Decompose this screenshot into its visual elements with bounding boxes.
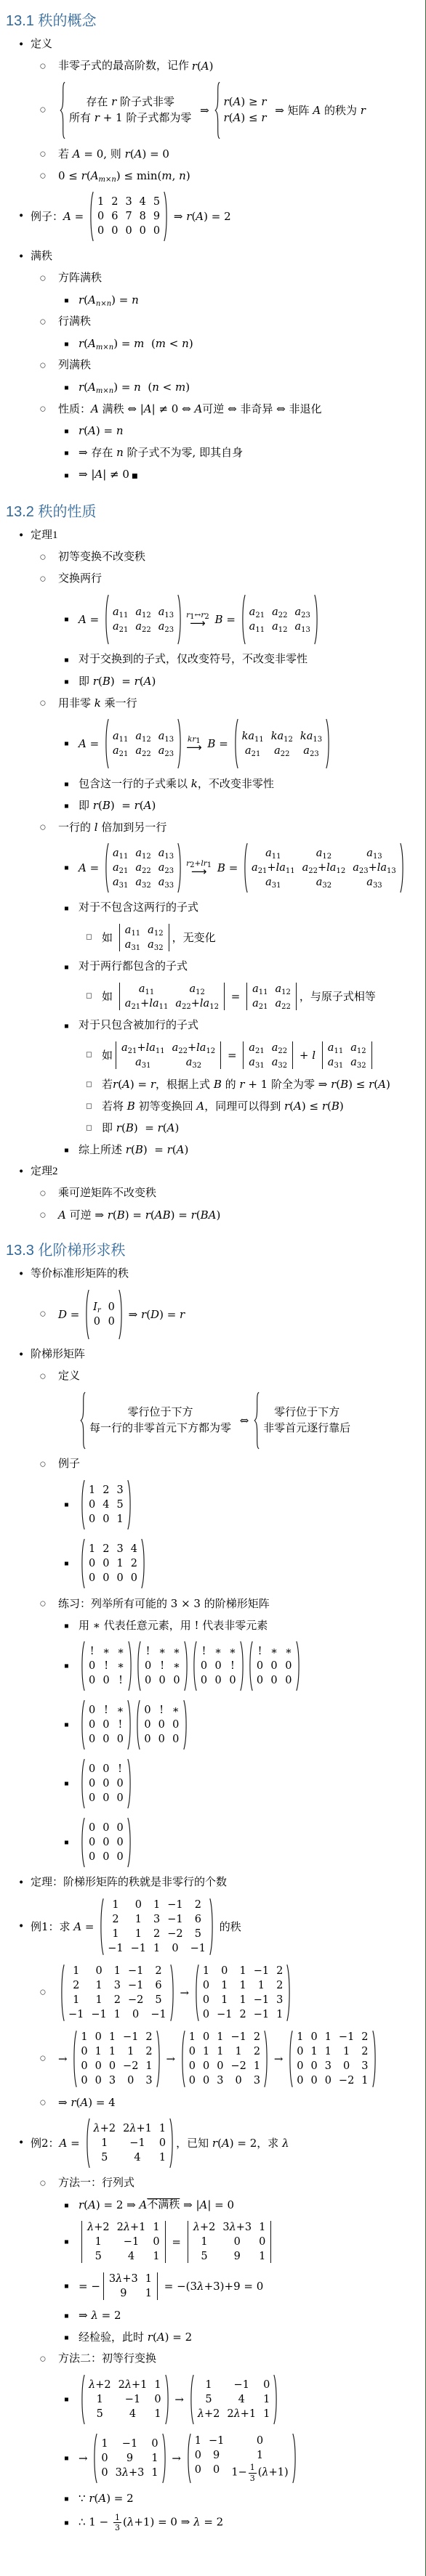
math-var: D — [58, 1308, 67, 1321]
list-item: ○存在 r 阶子式非零所有 r + 1 阶子式都为零 ⇒ r(A) ≥ rr(A… — [0, 81, 425, 140]
section-heading: 13.1 秩的概念 — [6, 12, 425, 31]
matrix-grid: 123400120000 — [85, 1542, 141, 1585]
item-content: D = Ir000 ⇒ r(D) = r — [58, 1288, 425, 1341]
math-text: 22 — [178, 1047, 188, 1055]
matrix-cell: 2 — [358, 2044, 371, 2059]
matrix-cell: 0 — [99, 1673, 113, 1688]
math-text: ⇔ — [236, 1414, 252, 1427]
item-content: r(An×n) = n — [79, 293, 425, 308]
math-text: 23 — [359, 867, 369, 875]
paren-icon — [127, 1817, 132, 1868]
math-text: ) ≤ — [302, 1100, 322, 1113]
math-text: 1 — [89, 1543, 95, 1555]
math-subscript: 11 — [254, 736, 264, 744]
math-text: 5 — [101, 2152, 108, 2163]
math-text: 11 — [286, 867, 295, 875]
matrix-cell: −1 — [124, 1978, 147, 1993]
determinant-bar — [119, 924, 120, 951]
math-var: a — [252, 983, 259, 995]
matrix-grid: !∗∗000000 — [253, 1644, 296, 1688]
list-item: •阶梯形矩阵 — [0, 1347, 425, 1362]
paren-icon — [80, 1758, 85, 1809]
math-text: = — [224, 1049, 240, 1062]
math-text: 1 — [239, 1980, 246, 1991]
math-text: → — [163, 2052, 179, 2065]
math-var: λ — [198, 2408, 204, 2420]
math-text: ) ≤ — [348, 1078, 369, 1091]
item-content: 零行位于下方每一行的非零首元下方都为零 ⇔ 零行位于下方非零首元逐行靠后 — [79, 1391, 425, 1450]
bullet-icon: • — [18, 1267, 24, 1282]
math-text: −1 — [128, 1965, 143, 1977]
matrix-cell: a12 — [172, 982, 222, 996]
math-text: 1 — [95, 2236, 102, 2248]
matrix-cell: 0 — [211, 1659, 225, 1673]
bullet-icon: ○ — [40, 402, 46, 417]
math-text: +3 — [122, 2273, 137, 2285]
matrix-cell: 1 — [105, 2044, 119, 2059]
math-var: a — [249, 1042, 255, 1054]
matrix-grid: a21a22a31a32 — [245, 1041, 291, 1070]
paren-icon — [186, 2433, 191, 2484]
matrix-cell: 0 — [260, 2378, 273, 2392]
math-text: 用 ∗ 代表任意元素，用 ! 代表非零元素 — [79, 1619, 268, 1632]
matrix-cell: a11 — [109, 605, 132, 619]
math-text: 0 — [213, 2464, 220, 2476]
brace-icon — [60, 81, 65, 139]
matrix-cell: 0 — [335, 2059, 358, 2073]
matrix-cell: 0 — [205, 2463, 228, 2482]
math-var: a — [121, 1042, 128, 1054]
math-text: 如 — [102, 931, 116, 944]
math-text: < — [159, 381, 175, 394]
math-text: 5 — [95, 2251, 102, 2262]
math-text: 12 — [357, 1047, 366, 1055]
math-text: ) = — [171, 1208, 191, 1222]
list-item: ○用非零 k 乘一行 — [0, 696, 425, 711]
bullet-icon: ▪ — [64, 1718, 69, 1733]
list-item: ▪→ 1−1009103λ+31 → 1−10091001−13(λ+1) — [0, 2432, 425, 2484]
math-text: 若 — [58, 147, 73, 161]
math-var: B — [331, 1100, 339, 1113]
math-text: 倍加到另一行 — [98, 821, 167, 834]
math-var: r — [191, 1208, 196, 1222]
math-text: + — [191, 998, 200, 1009]
matrix-cell: 1 — [307, 2044, 321, 2059]
math-text: 31 — [334, 1062, 343, 1070]
fraction: 13 — [249, 2463, 257, 2482]
math-text: 0 — [103, 1778, 109, 1789]
item-content: λ+22λ+111−10541 → 1−10541λ+22λ+11 — [79, 2373, 425, 2426]
math-text: ∗ — [117, 1660, 124, 1672]
paren-icon — [192, 1641, 197, 1691]
matrix-cell: 2λ+1 — [223, 2407, 260, 2421]
matrix-cell: 2 — [250, 2044, 264, 2059]
math-text: 1 — [154, 2408, 161, 2420]
matrix-cell: a13 — [155, 729, 177, 744]
math-var: A — [194, 402, 202, 415]
matrix-cell: ! — [155, 1659, 169, 1673]
math-var: A — [200, 2198, 208, 2211]
math-subscript: 22 — [278, 612, 288, 619]
list-item: ▪即 r(B) = r(A) — [0, 674, 425, 689]
math-text: 即 — [79, 799, 93, 812]
math-var: n — [132, 293, 139, 306]
matrix-cell: a21 — [245, 1041, 268, 1055]
matrix-cell: 1 — [213, 2044, 227, 2059]
bullet-icon: ○ — [40, 358, 46, 373]
math-expression: = −(3λ+3)+9 = 0 — [161, 2279, 263, 2294]
math-text: 例子： — [31, 210, 63, 223]
cases-rows: r(A) ≥ rr(A) ≤ r — [220, 81, 270, 139]
matrix-cell: ! — [253, 1644, 267, 1659]
math-text: 21 — [119, 867, 129, 875]
math-text: 所有 — [69, 111, 95, 124]
matrix-cell: −2 — [164, 1927, 186, 1941]
math-var: B — [217, 861, 225, 874]
math-text: = 2 — [98, 2309, 121, 2322]
math-text: + — [137, 1042, 145, 1054]
math-text: ) = 2 — [106, 2492, 134, 2505]
math-text: 33 — [373, 882, 382, 890]
math-text: ) = — [113, 337, 134, 350]
math-var: BA — [201, 1208, 217, 1222]
matrix-cell: 2 — [273, 1964, 286, 1978]
matrix-cell: 0 — [113, 1821, 126, 1835]
item-content: 例子 — [58, 1457, 425, 1472]
math-var: r — [239, 1078, 244, 1091]
determinant-bar — [188, 2221, 188, 2263]
math-text: 2 — [145, 2031, 152, 2043]
matrix-grid: a11a12a31a32 — [121, 923, 167, 952]
math-var: a — [113, 877, 119, 888]
matrix-cell: 0 — [136, 224, 150, 238]
math-var: B — [126, 1121, 134, 1134]
math-text: 0 — [108, 1316, 115, 1328]
math-text: ，无变化 — [172, 931, 216, 944]
math-text: 3 — [109, 2273, 116, 2285]
math-expression: ⇒ λ = 2 — [79, 2308, 121, 2323]
matrix-cell: −1 — [124, 1964, 147, 1978]
item-content: ⇒ 存在 n 阶子式不为零, 即其自身 — [79, 445, 425, 460]
item-content: 如a21+la11a22+la12a31a32 = a21a22a31a32 +… — [102, 1040, 425, 1070]
list-item: ▪∴ 1 − 13(λ+1) = 0 ⇒ λ = 2 — [0, 2513, 425, 2532]
matrix-cell: 1 — [104, 1898, 126, 1912]
matrix-cell: a11 — [249, 982, 271, 996]
math-text: ) = 0 — [142, 147, 169, 161]
math-subscript: 13 — [164, 853, 174, 861]
math-text: ∗ — [270, 1646, 278, 1657]
matrix-cell: −1 — [65, 2007, 87, 2022]
matrix-cell: 0 — [185, 2073, 199, 2088]
paren-icon — [241, 594, 246, 645]
text-label: 对于只包含被加行的子式 — [79, 1018, 198, 1033]
matrix-cell: a22+la12 — [172, 996, 222, 1011]
math-expression: 如 — [102, 989, 116, 1004]
matrix-cell: 4 — [127, 1542, 141, 1556]
math-expression: → — [169, 2451, 185, 2466]
text-label: 列满秩 — [58, 358, 91, 373]
math-text: 0 — [285, 1675, 292, 1686]
bullet-icon: ▪ — [64, 2515, 69, 2530]
matrix-cell: a32 — [299, 875, 350, 890]
matrix-cell: 0 — [99, 1571, 113, 1585]
matrix-cell: 0 — [99, 1762, 113, 1776]
matrix-cell: 0 — [85, 1776, 99, 1791]
math-text: 13 — [387, 867, 396, 875]
matrix-cell: 0 — [105, 1315, 118, 1329]
math-text: −2 — [123, 2060, 138, 2072]
matrix-cell: a22 — [132, 619, 154, 634]
item-content: 例2：A = λ+22λ+111−10541，已知 r(A) = 2，求 λ — [31, 2117, 425, 2169]
matrix-cell: 0 — [92, 2030, 105, 2044]
matrix-cell: 0 — [307, 2030, 321, 2044]
paren-icon — [80, 1699, 85, 1750]
matrix-grid: 1−10541λ+22λ+11 — [194, 2378, 274, 2421]
math-var: a — [265, 848, 272, 859]
list-item: ○→ 101−1201112000−2100303 → 101−12011120… — [0, 2029, 425, 2089]
matrix-cell: 1 — [148, 2466, 161, 2480]
math-subscript: 1 — [207, 862, 212, 869]
matrix-grid: 1−1009103λ+31 — [97, 2437, 161, 2480]
math-text: 31 — [131, 944, 140, 952]
math-var: A — [157, 2331, 165, 2344]
matrix-grid: 123045001 — [85, 1483, 127, 1527]
matrix-cell: −1 — [87, 2007, 110, 2022]
matrix-cell: a13 — [155, 846, 177, 861]
text-label: 对于两行都包含的子式 — [79, 959, 188, 975]
cases-row: 零行位于下方 — [86, 1405, 235, 1421]
matrix-cell: 5 — [113, 1498, 126, 1512]
math-subscript: 13 — [313, 736, 322, 744]
math-var: r — [108, 1208, 113, 1222]
matrix-cell: ∗ — [267, 1644, 281, 1659]
math-var: A — [196, 210, 204, 223]
math-text: +2 — [204, 2408, 220, 2420]
matrix-cell: a33 — [155, 875, 177, 890]
matrix-cell: −2 — [227, 2059, 249, 2073]
matrix-cell: a22+la12 — [169, 1041, 220, 1055]
matrix-cell: 0 — [199, 1978, 213, 1993]
math-var: r — [261, 111, 266, 124]
math-text: 性质： — [58, 402, 91, 415]
matrix-cell: a23 — [155, 619, 177, 634]
matrix-cell: 0 — [113, 1835, 126, 1850]
math-text: ) = — [110, 675, 134, 688]
math-var: a — [135, 862, 142, 874]
matrix-cell: 3 — [113, 1483, 126, 1498]
matrix-cell: 3λ+3 — [112, 2466, 148, 2480]
item-content: 如 a11a12a21+la11a22+la12 = a11a12a21a22，… — [102, 981, 425, 1012]
paren-icon — [80, 1817, 85, 1868]
bullet-icon: ▪ — [64, 1018, 69, 1033]
matrix-cell: a12 — [132, 846, 154, 861]
paren-icon — [326, 718, 331, 769]
matrix-cell: ∗ — [113, 1644, 128, 1659]
matrix-cell: 0 — [105, 1300, 118, 1315]
matrix-cell: a21 — [109, 744, 132, 758]
matrix: λ+22λ+111−10541 — [85, 2118, 175, 2169]
matrix-cell: 0 — [97, 2451, 111, 2466]
determinant-bar — [243, 1041, 244, 1069]
matrix-cell: −1 — [112, 2437, 148, 2451]
bullet-icon: ▪ — [64, 959, 69, 975]
math-text: 5 — [155, 1994, 161, 2006]
math-text: 12 — [142, 736, 151, 744]
matrix-cell: ! — [113, 1762, 126, 1776]
matrix-cell: 0 — [185, 2044, 199, 2059]
math-text: −1 — [123, 2031, 138, 2043]
math-text: 1 — [221, 1980, 228, 1991]
paren-icon — [80, 2374, 85, 2425]
math-text: ! — [159, 1705, 164, 1716]
math-text: 0 — [297, 2046, 303, 2057]
matrix-cell: 1 — [335, 2044, 358, 2059]
math-text: 0 — [89, 1792, 95, 1804]
matrix-cell: 0 — [113, 1850, 126, 1864]
text-label: 初等变换不改变秩 — [58, 550, 145, 565]
arrow-icon: ⟶ — [191, 868, 207, 876]
paren-icon — [80, 1641, 85, 1691]
math-text: 2 — [361, 2031, 368, 2043]
text-label: 方法二：初等行变换 — [58, 2352, 156, 2367]
bullet-icon: □ — [86, 1099, 92, 1114]
math-text: ⇒ — [196, 104, 212, 117]
matrix-cell: 1 — [250, 1978, 273, 1993]
math-var: D — [150, 1308, 159, 1321]
math-var: la — [276, 862, 286, 874]
math-text: = — [71, 210, 87, 223]
math-subscript: 31 — [119, 882, 129, 890]
paren-icon — [162, 2433, 167, 2484]
math-var: B — [135, 1143, 143, 1156]
math-expression: = − — [79, 2279, 100, 2294]
math-expression: 若将 B 初等变换回 A，同理可以得到 r(A) ≤ r(B) — [102, 1099, 344, 1114]
matrix: 1−10091001−13(λ+1) — [186, 2433, 297, 2484]
matrix-cell: −1 — [113, 2235, 150, 2249]
math-text: 0 — [116, 1822, 123, 1834]
math-text: 0 — [203, 1994, 209, 2006]
list-item: •例子：A = 123450678900000 ⇒ r(A) = 2 — [0, 190, 425, 243]
math-text: 3 — [325, 2060, 331, 2072]
math-text: 5 — [195, 1928, 201, 1940]
determinant-bar — [224, 983, 225, 1010]
math-text: 22 — [142, 626, 151, 634]
labeled-arrow: r2+lr1⟶ — [186, 860, 212, 877]
math-text: ⇒ | — [79, 468, 95, 481]
math-text: 2 — [103, 1543, 109, 1555]
math-text: 1 — [343, 2046, 350, 2057]
math-text: ∗ — [229, 1646, 236, 1657]
matrix-cell: 0 — [99, 1835, 113, 1850]
math-text: 21 — [131, 1003, 140, 1011]
paren-icon — [243, 842, 248, 893]
matrix-cell: ! — [141, 1644, 155, 1659]
math-subscript: 12 — [209, 1003, 219, 1011]
math-text: 9 — [126, 2453, 133, 2464]
math-expression: A = — [79, 612, 103, 627]
matrix-cell: 0 — [148, 2437, 161, 2451]
matrix-cell: 3 — [110, 1978, 124, 1993]
math-text: 0 — [144, 1734, 150, 1745]
matrix-grid: 1−10091001−13(λ+1) — [191, 2434, 292, 2482]
paren-icon — [209, 1898, 214, 1956]
math-text: 0 — [195, 2464, 201, 2476]
math-text: + — [369, 862, 377, 874]
math-text: = −(3 — [161, 2280, 197, 2293]
matrix-cell: 0 — [199, 2007, 213, 2022]
matrix-cell: a22 — [268, 1041, 291, 1055]
math-text: 0 — [310, 2060, 317, 2072]
matrix-grid: 101−120111200303000−21 — [293, 2030, 371, 2088]
math-var: A — [196, 1100, 204, 1113]
matrix-cell: a11 — [109, 846, 132, 861]
math-text: → — [169, 2452, 185, 2465]
math-text: ∗ — [103, 1646, 110, 1657]
math-text: ) — [339, 1100, 344, 1113]
arrow-icon: ⟶ — [190, 619, 206, 627]
matrix-cell: 0 — [99, 1718, 113, 1732]
item-content: λ+22λ+111−10541 = λ+23λ+31100591 — [79, 2219, 425, 2264]
bullet-icon: ▪ — [64, 293, 69, 308]
list-item: □即 r(B) = r(A) — [0, 1121, 425, 1136]
paren-icon — [180, 2030, 185, 2088]
math-text: 例2： — [31, 2137, 60, 2150]
math-expression: 一行的 l 倍加到另一行 — [58, 820, 166, 835]
math-text: 1 — [189, 2031, 196, 2043]
math-var: a — [189, 983, 196, 995]
list-item: ▪∵ r(A) = 2 — [0, 2491, 425, 2506]
math-text: 阶子式不为零, 即其自身 — [124, 446, 243, 459]
matrix-cell: −1 — [213, 2007, 236, 2022]
matrix-grid: 101−1201112000−2100303 — [77, 2030, 156, 2088]
math-var: A — [134, 147, 142, 161]
matrix-cell: −1 — [335, 2030, 358, 2044]
math-text: ! — [258, 1646, 262, 1657]
matrix: λ+22λ+111−10541 — [80, 2374, 170, 2425]
paren-icon — [314, 594, 319, 645]
math-text: 0 — [140, 225, 146, 237]
math-text: 12 — [281, 988, 291, 996]
math-text: 21 — [119, 626, 129, 634]
math-text: → — [58, 2052, 71, 2065]
math-text: 11 — [259, 988, 268, 996]
matrix-cell: 1 — [156, 2150, 169, 2165]
math-text: 0 — [81, 2075, 87, 2087]
item-content: r(Am×n) = m (m < n) — [79, 336, 425, 352]
matrix-cell: 0 — [85, 1718, 99, 1732]
math-text: 1 — [135, 1914, 142, 1925]
math-text: 0 — [89, 1822, 95, 1834]
math-subscript: 12 — [322, 853, 331, 861]
math-var: A — [88, 337, 96, 350]
matrix-cell: 0 — [155, 1718, 169, 1732]
math-text: 1 — [95, 1994, 102, 2006]
math-text: 0 — [103, 1572, 109, 1584]
math-text: = — [169, 2235, 185, 2248]
math-text: 31 — [142, 1062, 151, 1070]
matrix-cell: 4 — [115, 2407, 151, 2421]
math-text: 11 — [272, 853, 281, 861]
math-text: 4 — [103, 1499, 109, 1511]
math-var: m — [134, 337, 144, 350]
math-text: ) = — [110, 799, 134, 812]
math-subscript: 21 — [255, 612, 265, 619]
math-text: ⇒ — [170, 210, 186, 223]
math-text: ) — [189, 337, 193, 350]
math-var: m — [175, 381, 185, 394]
math-var: a — [366, 848, 373, 859]
math-text: 9 — [120, 2288, 126, 2299]
